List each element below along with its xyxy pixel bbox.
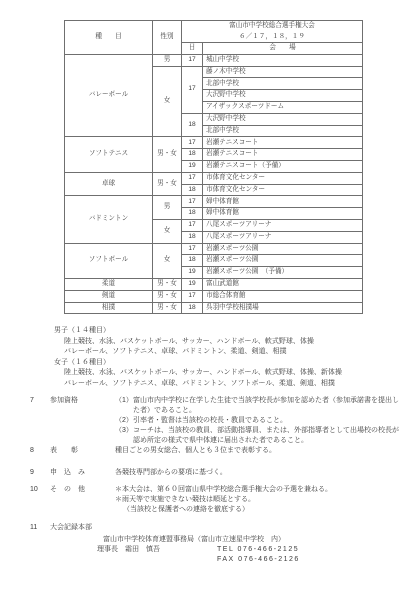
venue-cell: 城山中学校 [203,54,363,66]
section-label: そ の 他 [50,485,85,495]
eligibility-item: （1）富山市内中学校に在学した生徒で当該学校長が参加を認めた者（参加承諾書を提出… [115,396,405,416]
day-cell: 17 [182,196,203,208]
section-number: 8 [30,446,48,456]
event-name-cell: バドミントン [65,196,153,243]
venue-cell: 富山武道館 [203,278,363,290]
records-director-row: 理事長 霜田 慎吾 TEL 076-466-2125 [97,545,397,555]
girls-sports-line: バレーボール、ソフトテニス、卓球、バドミントン、ソフトボール、柔道、剣道、相撲 [54,379,342,390]
section-records: 11 大会記録本部 富山市中学校体育連盟事務局（富山市立速星中学校 内） 理事長… [30,523,405,573]
gender-cell: 女 [153,66,182,137]
event-column-header: 種 目 [65,21,153,55]
section-label: 大会記録本部 [50,523,92,533]
venue-cell: 大沢野中学校 [203,90,363,102]
schedule-table-body: バレーボール男17城山中学校女17藤ノ木中学校北部中学校大沢野中学校アイザックス… [65,54,363,314]
girls-sports-line: 陸上競技、水泳、バスケットボール、サッカー、ハンドボール、軟式野球、体操、新体操 [54,368,342,379]
section-label: 申 込 み [50,468,85,478]
venue-cell: 岩瀬スポーツ公園 （予備） [203,267,363,279]
event-name-cell: 相撲 [65,302,153,314]
venue-cell: 市体育文化センター [203,172,363,184]
event-name-cell: 柔道 [65,278,153,290]
records-fax: FAX 076-466-2126 [217,555,300,565]
schedule-row: バレーボール男17城山中学校 [65,54,363,66]
section-entry: 9 申 込 み 各競技専門部からの要項に基づく。 [30,468,405,478]
document-page: 種 目 性別 富山市中学校総合選手権大会 ６／１７，１８，１９ 日 会 場 バレ… [0,0,420,594]
schedule-row: ソフトボール女17岩瀬スポーツ公園 [65,243,363,255]
participants-block: 男子（１４種目） 陸上競技、水泳、バスケットボール、サッカー、ハンドボール、軟式… [54,326,342,389]
entry-text: 各競技専門部からの要項に基づく。 [115,468,405,478]
event-name-cell: バレーボール [65,54,153,137]
item-number: （3） [115,426,133,436]
venue-cell: 岩瀬テニスコート [203,149,363,161]
other-line: （当該校と保護者への連絡を徹底する） [115,505,405,515]
day-cell: 17 [182,66,203,113]
section-label: 表 彰 [50,446,78,456]
eligibility-item: （3）コーチは、当該校の教員、部活動指導員、または、外部指導者として出場校の校長… [115,426,405,446]
venue-cell: 岩瀬スポーツ公園 [203,255,363,267]
item-text: コーチは、当該校の教員、部活動指導員、または、外部指導者として出場校の校長が認め… [133,427,399,444]
section-number: 7 [30,396,48,406]
section-other: 10 そ の 他 ＊本大会は、第６０回富山県中学校総合選手権大会の予選を兼ねる。… [30,485,405,495]
day-cell: 19 [182,267,203,279]
tournament-title: 富山市中学校総合選手権大会 [185,21,359,32]
day-cell: 17 [182,219,203,231]
venue-cell: 婦中体育館 [203,196,363,208]
section-number: 10 [30,485,48,495]
other-line: ＊雨天等で実施できない競技は順延とする。 [115,495,405,505]
day-cell: 17 [182,290,203,302]
day-cell: 17 [182,172,203,184]
schedule-table: 種 目 性別 富山市中学校総合選手権大会 ６／１７，１８，１９ 日 会 場 バレ… [64,20,363,314]
day-cell: 18 [182,255,203,267]
schedule-header-row-1: 種 目 性別 富山市中学校総合選手権大会 ６／１７，１８，１９ [65,21,363,43]
venue-cell: 八尾スポーツアリーナ [203,219,363,231]
venue-cell: 岩瀬テニスコート [203,137,363,149]
venue-cell: 八尾スポーツアリーナ [203,231,363,243]
venue-column-header: 会 場 [203,43,363,55]
records-tel: TEL 076-466-2125 [217,545,299,555]
records-fax-row: FAX 076-466-2126 [97,555,397,565]
awards-text: 種目ごとの男女総合、個人とも３位まで表彰する。 [115,446,405,456]
day-cell: 19 [182,160,203,172]
tournament-dates: ６／１７，１８，１９ [185,32,359,43]
schedule-row: バドミントン男17婦中体育館 [65,196,363,208]
schedule-row: 相撲男・女18呉羽中学校相撲場 [65,302,363,314]
day-cell: 18 [182,149,203,161]
schedule-row: 卓球男・女17市体育文化センター [65,172,363,184]
day-cell: 17 [182,243,203,255]
records-office-name: 富山市中学校体育連盟事務局（富山市立速星中学校 内） [97,535,397,545]
gender-cell: 女 [153,219,182,243]
gender-cell: 男 [153,54,182,66]
schedule-row: ソフトテニス男・女17岩瀬テニスコート [65,137,363,149]
gender-cell: 男・女 [153,302,182,314]
tournament-header-cell: 富山市中学校総合選手権大会 ６／１７，１８，１９ [182,21,363,43]
item-number: （1） [115,396,133,406]
section-number: 9 [30,468,48,478]
day-column-header: 日 [182,43,203,55]
venue-cell: 婦中体育館 [203,208,363,220]
day-cell: 18 [182,231,203,243]
boys-sports-line: 陸上競技、水泳、バスケットボール、サッカー、ハンドボール、軟式野球、体操 [54,337,342,348]
item-text: 富山市内中学校に在学した生徒で当該学校長が参加を認めた者（参加承諾書を提出した者… [133,397,399,414]
venue-cell: 北部中学校 [203,125,363,137]
section-awards: 8 表 彰 種目ごとの男女総合、個人とも３位まで表彰する。 [30,446,405,456]
gender-cell: 男・女 [153,137,182,172]
item-text: 引率者・監督は当該校の校長・教員であること。 [133,417,287,424]
day-cell: 17 [182,54,203,66]
gender-cell: 女 [153,243,182,278]
records-office-block: 富山市中学校体育連盟事務局（富山市立速星中学校 内） 理事長 霜田 慎吾 TEL… [97,535,397,565]
other-line: ＊本大会は、第６０回富山県中学校総合選手権大会の予選を兼ねる。 [115,485,405,495]
venue-cell: 北部中学校 [203,78,363,90]
event-name-cell: ソフトテニス [65,137,153,172]
event-name-cell: 剣道 [65,290,153,302]
gender-column-header: 性別 [153,21,182,55]
day-cell: 18 [182,113,203,137]
gender-cell: 男・女 [153,278,182,290]
records-director: 理事長 霜田 慎吾 [97,546,160,553]
section-eligibility: 7 参加資格 （1）富山市内中学校に在学した生徒で当該学校長が参加を認めた者（参… [30,396,405,406]
day-cell: 17 [182,137,203,149]
gender-cell: 男 [153,196,182,220]
day-cell: 18 [182,208,203,220]
venue-cell: 市体育文化センター [203,184,363,196]
other-lines: ＊本大会は、第６０回富山県中学校総合選手権大会の予選を兼ねる。 ＊雨天等で実施で… [115,485,405,515]
eligibility-items: （1）富山市内中学校に在学した生徒で当該学校長が参加を認めた者（参加承諾書を提出… [115,396,405,446]
venue-cell: 大沢野中学校 [203,113,363,125]
section-label: 参加資格 [50,396,78,406]
venue-cell: 藤ノ木中学校 [203,66,363,78]
day-cell: 19 [182,278,203,290]
venue-cell: アイザックスポーツドーム [203,101,363,113]
girls-heading: 女子（１６種目） [54,358,342,369]
schedule-row: 剣道男・女17市総合体育館 [65,290,363,302]
day-cell: 18 [182,302,203,314]
venue-cell: 岩瀬スポーツ公園 [203,243,363,255]
eligibility-item: （2）引率者・監督は当該校の校長・教員であること。 [115,416,405,426]
boys-sports-line: バレーボール、ソフトテニス、卓球、バドミントン、柔道、剣道、相撲 [54,347,342,358]
gender-cell: 男・女 [153,290,182,302]
venue-cell: 市総合体育館 [203,290,363,302]
boys-heading: 男子（１４種目） [54,326,342,337]
event-name-cell: ソフトボール [65,243,153,278]
gender-cell: 男・女 [153,172,182,196]
schedule-row: 柔道男・女19富山武道館 [65,278,363,290]
event-name-cell: 卓球 [65,172,153,196]
day-cell: 18 [182,184,203,196]
item-number: （2） [115,416,133,426]
venue-cell: 岩瀬テニスコート（予備） [203,160,363,172]
venue-cell: 呉羽中学校相撲場 [203,302,363,314]
section-number: 11 [30,523,48,533]
